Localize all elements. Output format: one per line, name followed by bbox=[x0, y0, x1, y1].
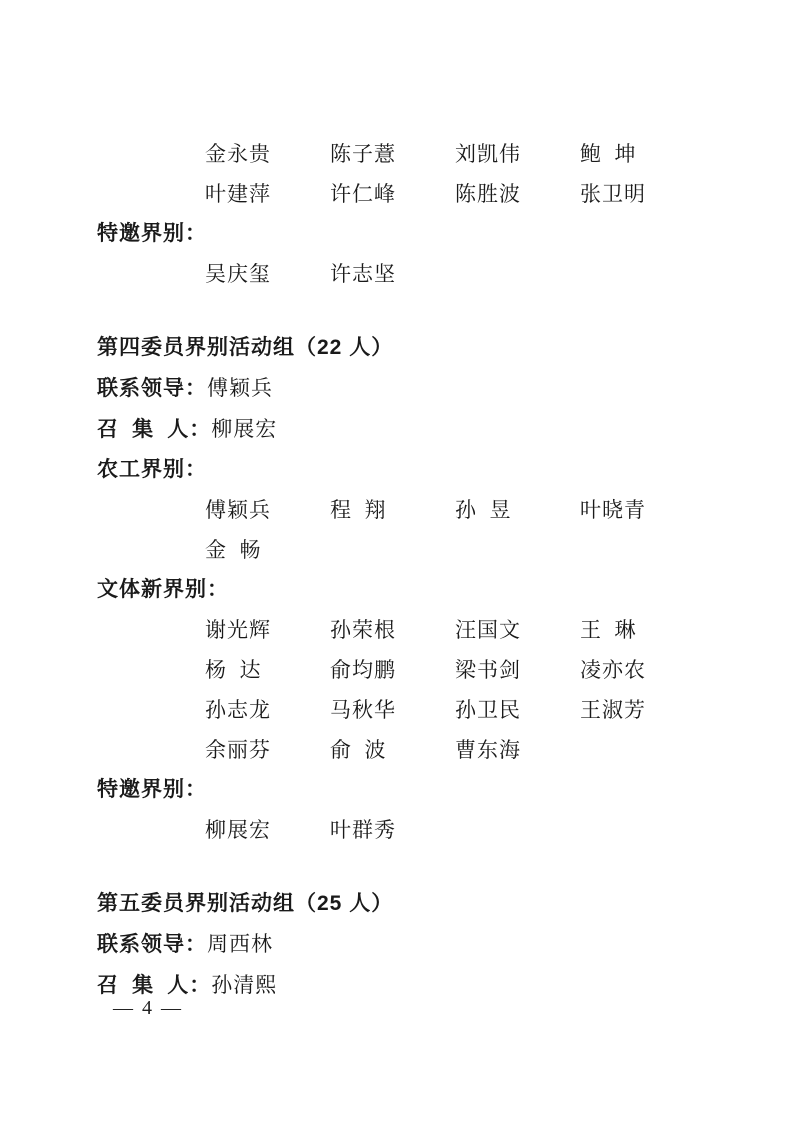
member-name: 汪国文 bbox=[455, 610, 580, 650]
page-number: — 4 — bbox=[113, 997, 183, 1020]
group4-convener-label: 召 集 人： bbox=[97, 418, 211, 441]
member-name: 金永贵 bbox=[205, 134, 330, 174]
member-name-row: 杨 达俞均鹏梁书剑凌亦农 bbox=[205, 650, 753, 690]
group4-subsection-1-name-rows: 谢光辉孙荣根汪国文王 琳杨 达俞均鹏梁书剑凌亦农孙志龙马秋华孙卫民王淑芳余丽芬俞… bbox=[97, 610, 753, 770]
group4-liaison-line: 联系领导：傅颖兵 bbox=[97, 368, 753, 409]
member-name: 叶建萍 bbox=[205, 174, 330, 214]
member-name: 马秋华 bbox=[330, 690, 455, 730]
group4-title: 第四委员界别活动组（22 人） bbox=[97, 328, 753, 368]
group4-subsection-2-label: 特邀界别： bbox=[97, 770, 753, 810]
member-name: 孙志龙 bbox=[205, 690, 330, 730]
member-name: 余丽芬 bbox=[205, 730, 330, 770]
group5-liaison-name: 周西林 bbox=[207, 932, 273, 956]
member-name: 孙卫民 bbox=[455, 690, 580, 730]
member-name: 叶晓青 bbox=[580, 490, 705, 530]
member-name: 曹东海 bbox=[455, 730, 580, 770]
member-name-row: 金 畅 bbox=[205, 530, 753, 570]
member-name: 鲍 坤 bbox=[580, 134, 705, 174]
member-name: 刘凯伟 bbox=[455, 134, 580, 174]
member-name: 王淑芳 bbox=[580, 690, 705, 730]
member-name: 梁书剑 bbox=[455, 650, 580, 690]
member-name: 王 琳 bbox=[580, 610, 705, 650]
member-name: 杨 达 bbox=[205, 650, 330, 690]
top-section-special-group-label: 特邀界别： bbox=[97, 214, 753, 254]
member-name-row: 孙志龙马秋华孙卫民王淑芳 bbox=[205, 690, 753, 730]
group4-liaison-label: 联系领导： bbox=[97, 377, 207, 400]
top-section-special-name-rows: 吴庆玺许志坚 bbox=[97, 254, 753, 294]
group4-liaison-name: 傅颖兵 bbox=[207, 376, 273, 400]
group4-convener-name: 柳展宏 bbox=[211, 417, 277, 441]
group4-subsection-0-label: 农工界别： bbox=[97, 450, 753, 490]
member-name: 谢光辉 bbox=[205, 610, 330, 650]
group4-convener-line: 召 集 人：柳展宏 bbox=[97, 409, 753, 450]
member-name: 孙 昱 bbox=[455, 490, 580, 530]
member-name: 傅颖兵 bbox=[205, 490, 330, 530]
member-name: 陈胜波 bbox=[455, 174, 580, 214]
group5-liaison-line: 联系领导：周西林 bbox=[97, 924, 753, 965]
member-name-row: 柳展宏叶群秀 bbox=[205, 810, 753, 850]
group5-convener-name: 孙清熙 bbox=[211, 973, 277, 997]
member-name: 吴庆玺 bbox=[205, 254, 330, 294]
member-name: 凌亦农 bbox=[580, 650, 705, 690]
document-page: 金永贵陈子薏刘凯伟鲍 坤叶建萍许仁峰陈胜波张卫明 特邀界别： 吴庆玺许志坚 第四… bbox=[0, 0, 793, 1122]
member-name: 陈子薏 bbox=[330, 134, 455, 174]
member-name-row: 谢光辉孙荣根汪国文王 琳 bbox=[205, 610, 753, 650]
member-name-row: 傅颖兵程 翔孙 昱叶晓青 bbox=[205, 490, 753, 530]
member-name-row: 金永贵陈子薏刘凯伟鲍 坤 bbox=[205, 134, 753, 174]
member-name: 俞均鹏 bbox=[330, 650, 455, 690]
member-name-row: 吴庆玺许志坚 bbox=[205, 254, 753, 294]
member-name-row: 叶建萍许仁峰陈胜波张卫明 bbox=[205, 174, 753, 214]
member-name: 许仁峰 bbox=[330, 174, 455, 214]
group5-convener-label: 召 集 人： bbox=[97, 974, 211, 997]
group5-title: 第五委员界别活动组（25 人） bbox=[97, 884, 753, 924]
group4-subsection-1-label: 文体新界别： bbox=[97, 570, 753, 610]
member-name: 俞 波 bbox=[330, 730, 455, 770]
member-name: 张卫明 bbox=[580, 174, 705, 214]
member-name-row: 余丽芬俞 波曹东海 bbox=[205, 730, 753, 770]
top-section-name-rows: 金永贵陈子薏刘凯伟鲍 坤叶建萍许仁峰陈胜波张卫明 bbox=[97, 134, 753, 214]
group5-liaison-label: 联系领导： bbox=[97, 933, 207, 956]
group4-subsection-2-name-rows: 柳展宏叶群秀 bbox=[97, 810, 753, 850]
member-name: 程 翔 bbox=[330, 490, 455, 530]
member-name: 孙荣根 bbox=[330, 610, 455, 650]
member-name: 叶群秀 bbox=[330, 810, 455, 850]
group5-convener-line: 召 集 人：孙清熙 bbox=[97, 965, 753, 1006]
member-name: 金 畅 bbox=[205, 530, 330, 570]
member-name: 许志坚 bbox=[330, 254, 455, 294]
group4-subsection-0-name-rows: 傅颖兵程 翔孙 昱叶晓青金 畅 bbox=[97, 490, 753, 570]
member-name: 柳展宏 bbox=[205, 810, 330, 850]
